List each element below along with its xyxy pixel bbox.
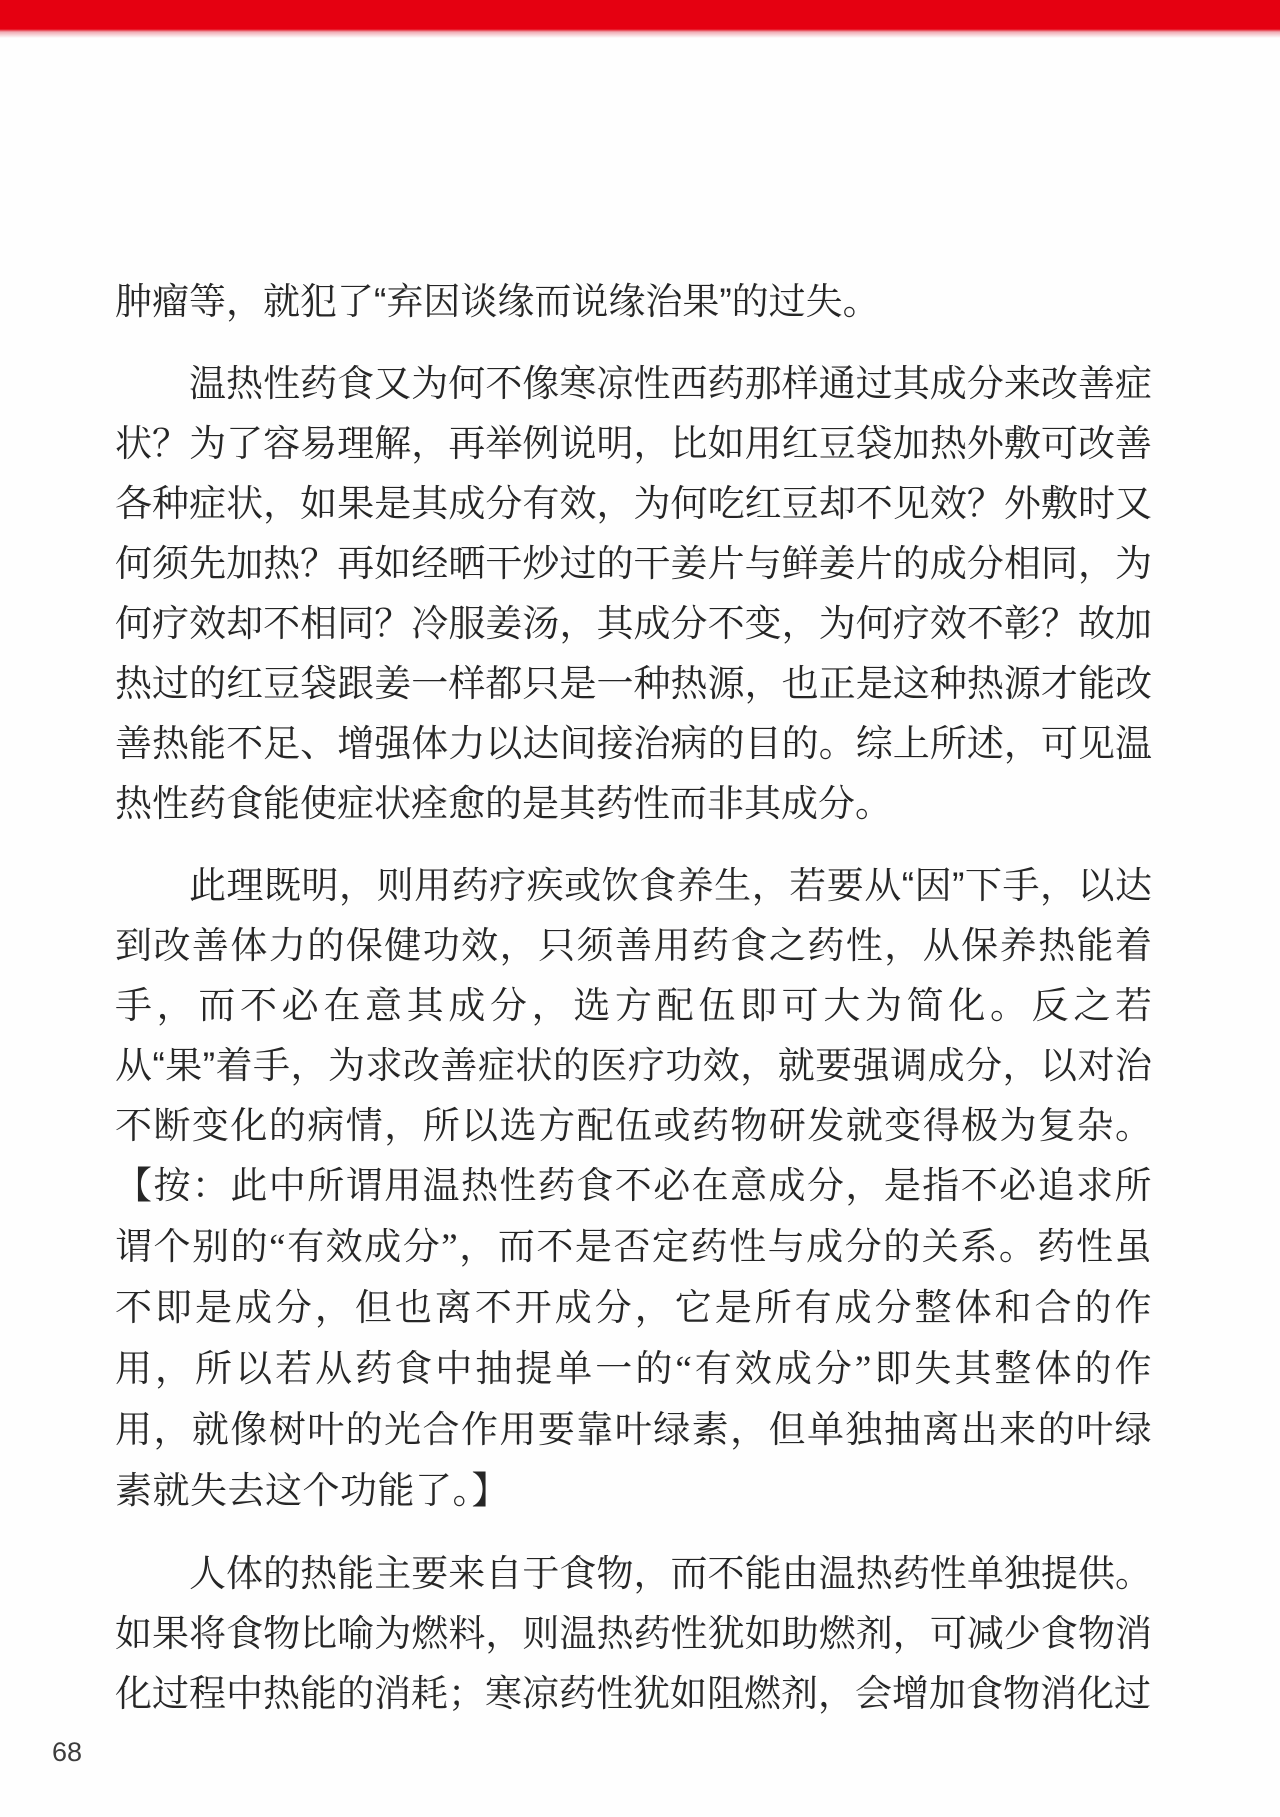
paragraph-warm-food: 温热性药食又为何不像寒凉性西药那样通过其成分来改善症状？为了容易理解，再举例说明… bbox=[115, 354, 1152, 834]
annotation-note: 【按：此中所谓用温热性药食不必在意成分，是指不必追求所谓个别的“有效成分”，而不… bbox=[115, 1166, 1152, 1512]
paragraph-principle-main: 此理既明，则用药疗疾或饮食养生，若要从“因”下手，以达到改善体力的保健功效，只须… bbox=[115, 865, 1152, 1146]
page-header-bar bbox=[0, 0, 1280, 38]
page-content: 肿瘤等，就犯了“弃因谈缘而说缘治果”的过失。 温热性药食又为何不像寒凉性西药那样… bbox=[115, 272, 1152, 1746]
paragraph-body-heat: 人体的热能主要来自于食物，而不能由温热药性单独提供。如果将食物比喻为燃料，则温热… bbox=[115, 1544, 1152, 1724]
paragraph-continuation: 肿瘤等，就犯了“弃因谈缘而说缘治果”的过失。 bbox=[115, 272, 1152, 332]
book-page: 肿瘤等，就犯了“弃因谈缘而说缘治果”的过失。 温热性药食又为何不像寒凉性西药那样… bbox=[0, 0, 1280, 1817]
paragraph-principle: 此理既明，则用药疗疾或饮食养生，若要从“因”下手，以达到改善体力的保健功效，只须… bbox=[115, 856, 1152, 1522]
page-number: 68 bbox=[52, 1736, 82, 1768]
